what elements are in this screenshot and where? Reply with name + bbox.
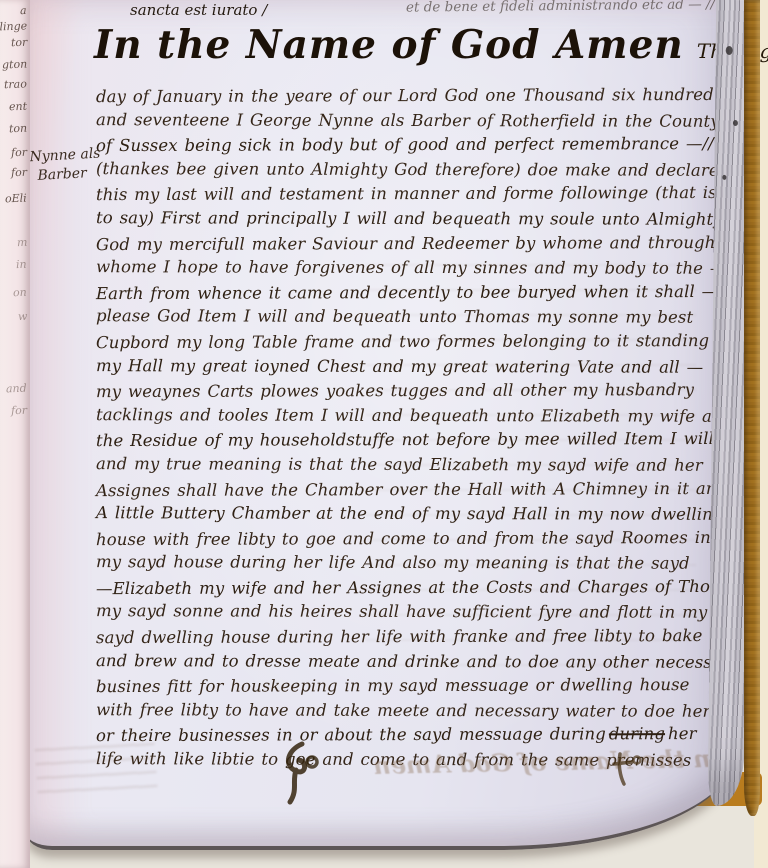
page-edge-fragment: and — [6, 382, 27, 396]
page-edge-fragment: llinge — [0, 19, 27, 33]
will-line: day of January in the yeare of our Lord … — [96, 83, 744, 110]
previous-page-edge: a llinge tor gton e trao ent ton for for… — [0, 0, 30, 868]
page-edge-fragment: ent — [9, 100, 27, 114]
margin-note-line: Barber — [37, 165, 87, 184]
manuscript-photo: sancta est iurato / et de bene et fideli… — [0, 0, 768, 868]
will-line-segment: her — [668, 724, 697, 743]
page-edge-fragment: gton — [2, 58, 28, 72]
page-edge-fragment: tor — [10, 36, 27, 50]
deleted-word: during — [609, 725, 665, 744]
manuscript-page: sancta est iurato / et de bene et fideli… — [26, 0, 734, 850]
latin-clause-fragment: sancta est iurato / — [130, 1, 267, 19]
will-line: this my last will and testament in manne… — [96, 181, 744, 208]
latin-clause-fragment-faded: et de bene et fideli administrando etc a… — [406, 0, 715, 16]
page-edge-fragment: ton — [9, 122, 28, 136]
page-edge-fragment: on — [13, 286, 27, 299]
ink-flourish — [272, 740, 324, 804]
page-edge-fragment: m — [16, 236, 27, 249]
will-heading: In the Name of God Amen The eighteenth — [94, 22, 734, 86]
edge-speck — [722, 175, 726, 180]
will-line: (thankes bee given unto Almighty God the… — [96, 157, 744, 183]
ink-mark — [610, 752, 646, 786]
will-line-segment: or theire businesses in or about the say… — [96, 725, 606, 746]
page-edge-fragment: for — [11, 404, 27, 418]
book-binding — [744, 0, 760, 816]
page-edge-fragment: for — [11, 146, 27, 160]
will-line: of Sussex being sick in body but of good… — [96, 132, 744, 159]
will-line: and seventeene I George Nynne als Barber… — [96, 108, 744, 134]
will-heading-engrossed: In the Name of God Amen — [94, 22, 684, 68]
edge-speck — [733, 120, 738, 126]
page-edge-fragment: oEli — [5, 192, 27, 206]
bleed-through-texture — [366, 260, 696, 680]
edge-speck — [726, 46, 733, 55]
page-edge-fragment: w — [17, 310, 27, 323]
page-edge-fragment: a — [20, 4, 27, 17]
will-line: God my mercifull maker Saviour and Redee… — [96, 230, 744, 257]
bleed-through-corner-writing — [34, 734, 158, 800]
page-edge-fragment: e trao — [0, 77, 27, 91]
will-line: to say) First and principally I will and… — [96, 206, 744, 232]
will-line: with free libty to have and take meete a… — [96, 698, 744, 724]
margin-note-line: Nynne als — [29, 146, 101, 166]
page-edge-fragment: in — [16, 258, 27, 271]
page-edge-fragment: for — [11, 166, 27, 180]
